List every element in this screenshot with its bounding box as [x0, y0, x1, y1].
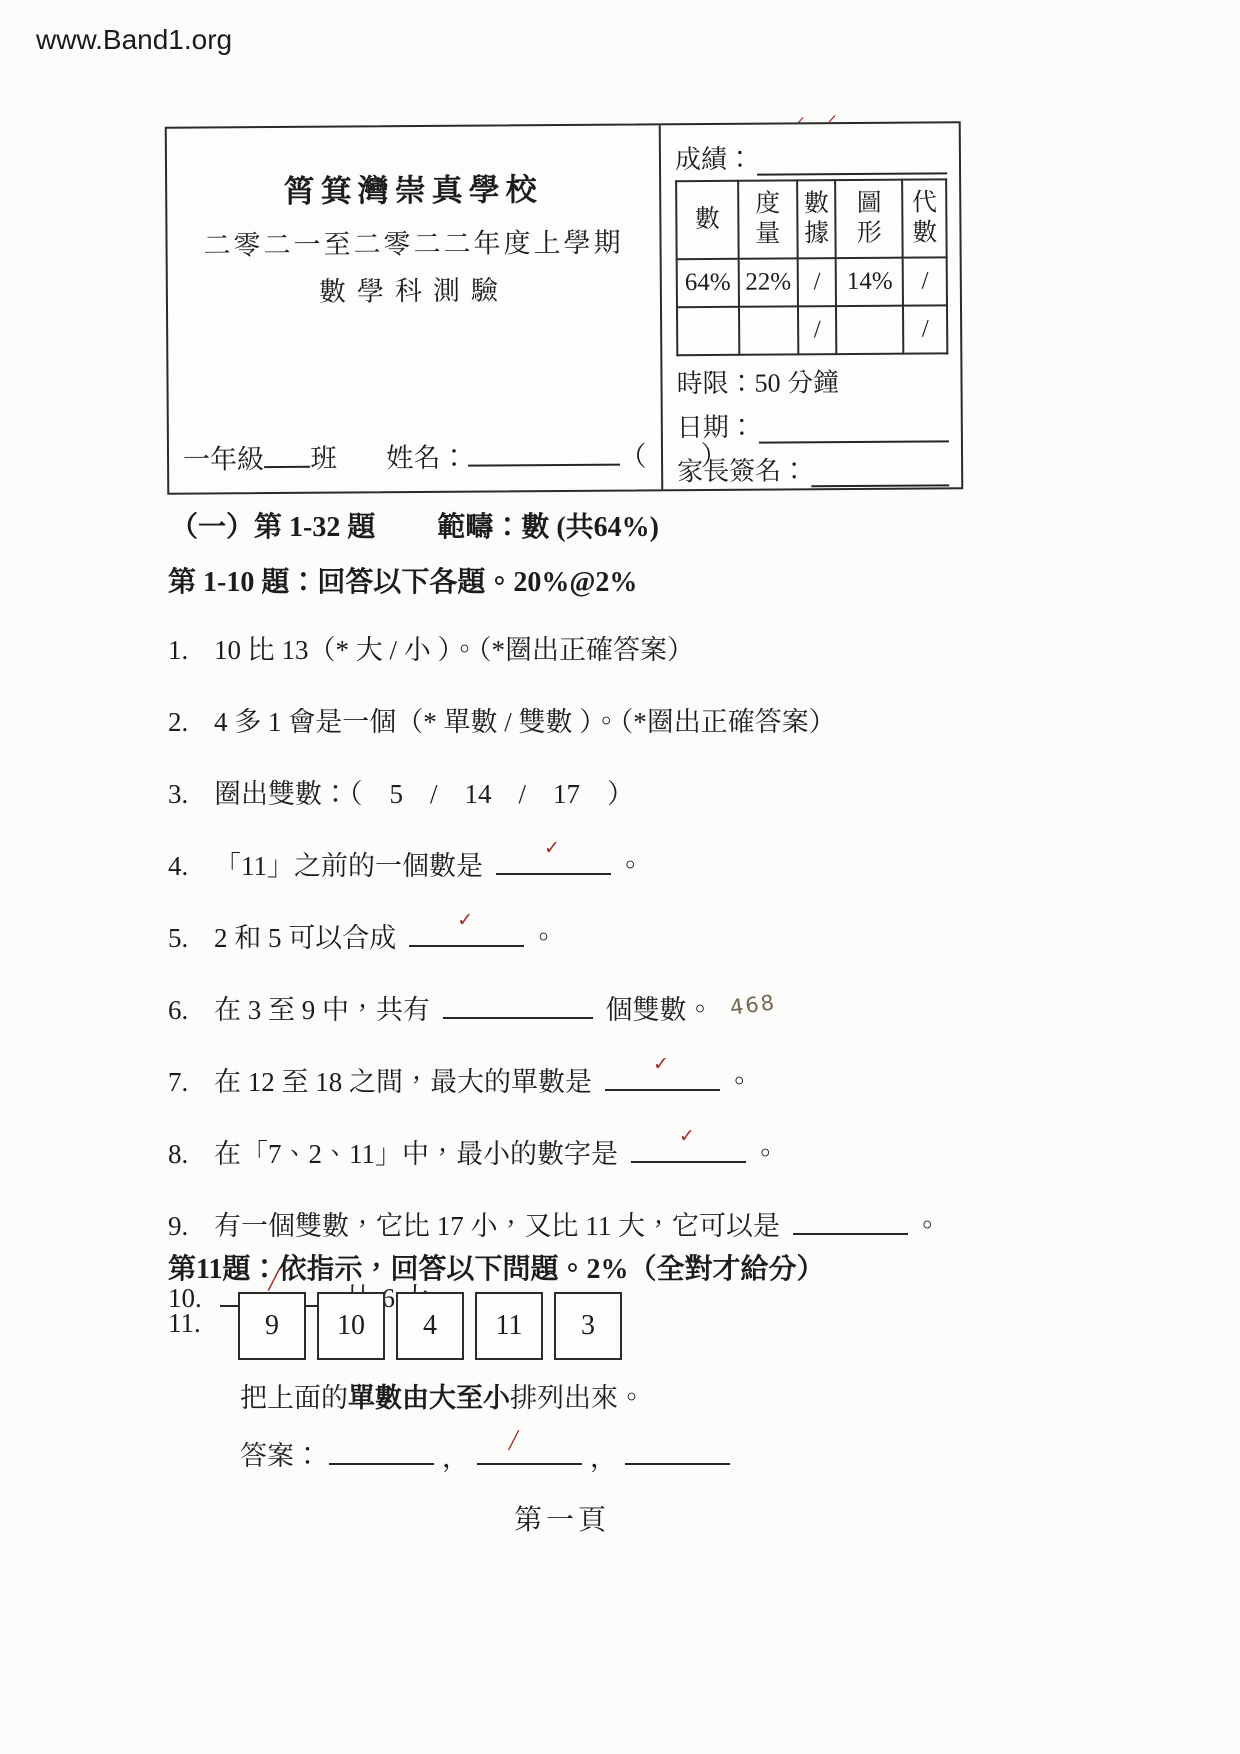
parent-sign-label: 家長簽名：: [677, 450, 807, 488]
question-number: 4.: [168, 851, 214, 882]
score-table: 數度量數據圖形代數64%22%/14%///: [675, 178, 948, 356]
score-cell: 14%: [836, 258, 903, 306]
q11-row: 11. 9104113: [168, 1292, 622, 1360]
grading-mark: ✓: [544, 837, 560, 859]
question-row: 6.在 3 至 9 中，共有 個雙數。468: [168, 988, 1008, 1027]
q11-answer-line: 答案： ， ╱ ，: [240, 1434, 738, 1473]
answer-blank: [793, 1205, 908, 1235]
score-col-header: 數: [676, 181, 738, 259]
question-text: 10 比 13（* 大 / 小 ）。（*圈出正確答案）: [214, 628, 1008, 667]
question-row: 1.10 比 13（* 大 / 小 ）。（*圈出正確答案）: [168, 628, 1008, 667]
score-cell: 64%: [677, 259, 739, 307]
question-text: 有一個雙數，它比 17 小，又比 11 大，它可以是 。: [214, 1204, 1008, 1243]
parent-sign-blank: [811, 458, 949, 487]
grade-label: 一年級: [183, 444, 264, 475]
question-number: 8.: [168, 1139, 214, 1170]
answer-blank: ✓: [496, 845, 611, 875]
question-row: 5.2 和 5 可以合成 ✓。: [168, 916, 1008, 955]
class-blank: [264, 438, 310, 468]
number-box: 3: [554, 1292, 622, 1360]
question-row: 2.4 多 1 會是一個（* 單數 / 雙數 ）。（*圈出正確答案）: [168, 700, 1008, 739]
question-text: 在 3 至 9 中，共有 個雙數。468: [214, 988, 1008, 1027]
part-scope: 範疇：數 (共64%): [437, 505, 659, 545]
scanned-test-paper: { "watermark": "www.Band1.org", "header"…: [0, 0, 1240, 1754]
score-col-header: 圖形: [835, 180, 903, 258]
grading-mark: ✓: [679, 1125, 695, 1147]
answer-blank: ✓: [631, 1133, 746, 1163]
question-number: 1.: [168, 635, 214, 666]
q11-instruction: 把上面的單數由大至小排列出來。: [240, 1376, 645, 1415]
score-label: 成績：: [675, 139, 753, 177]
score-cell: [739, 306, 799, 354]
question-number: 11.: [168, 1292, 238, 1339]
answer-blank: [625, 1435, 730, 1465]
question-row: 7.在 12 至 18 之間，最大的單數是 ✓。: [168, 1060, 1008, 1099]
score-col-header: 代數: [903, 179, 947, 257]
separator: ，: [590, 1436, 617, 1475]
q11-heading: 第11題：依指示，回答以下問題。2%（全對才給分）: [168, 1247, 824, 1287]
score-cell: /: [798, 258, 837, 306]
answer-blank: ✓: [605, 1061, 720, 1091]
question-row: 8.在「7、2、11」中，最小的數字是 ✓。: [168, 1132, 1008, 1171]
question-text: 在「7、2、11」中，最小的數字是 ✓。: [214, 1132, 1008, 1171]
time-limit: 時限：50 分鐘: [676, 361, 948, 400]
question-number: 7.: [168, 1067, 214, 1098]
score-col-header: 度量: [738, 180, 798, 258]
number-box: 4: [396, 1292, 464, 1360]
question-number: 9.: [168, 1211, 214, 1242]
question-number: 2.: [168, 707, 214, 738]
date-line: 日期：: [677, 405, 949, 444]
paren-open: （: [619, 441, 646, 471]
score-blank: [757, 146, 947, 176]
answer-blank: ╱: [477, 1435, 582, 1465]
part-title: （一）第 1-32 題: [170, 505, 375, 545]
score-cell: /: [798, 306, 837, 354]
page-number: 第一頁: [166, 1498, 958, 1538]
questions-list: 1.10 比 13（* 大 / 小 ）。（*圈出正確答案）2.4 多 1 會是一…: [168, 628, 1008, 1315]
question-number: 6.: [168, 995, 214, 1026]
score-cell: /: [903, 257, 947, 305]
answer-blank: [329, 1435, 434, 1465]
handwritten-note: 468: [728, 990, 777, 1019]
name-blank: [467, 436, 619, 467]
date-blank: [759, 414, 949, 444]
question-row: 4.「11」之前的一個數是 ✓。: [168, 844, 1008, 883]
paren-close: ）: [700, 441, 727, 471]
q11-boxes: 9104113: [238, 1292, 622, 1360]
score-cell: [836, 306, 903, 354]
question-text: 4 多 1 會是一個（* 單數 / 雙數 ）。（*圈出正確答案）: [214, 700, 1008, 739]
school-year: 二零二一至二零二二年度上學期: [167, 220, 659, 262]
part-heading: （一）第 1-32 題 範疇：數 (共64%): [170, 505, 659, 545]
score-row: //: [677, 305, 947, 355]
question-text: 在 12 至 18 之間，最大的單數是 ✓。: [214, 1060, 1008, 1099]
student-info-line: 一年級班 姓名：（）: [183, 434, 651, 476]
score-line: 成績：: [675, 137, 947, 176]
score-block: 成績： 數度量數據圖形代數64%22%/14%/// 時限：50 分鐘 日期： …: [659, 123, 962, 489]
question-number: 5.: [168, 923, 214, 954]
site-watermark: www.Band1.org: [36, 24, 232, 56]
number-box: 10: [317, 1292, 385, 1360]
question-text: 圈出雙數：（ 5 / 14 / 17 ）: [214, 772, 1008, 811]
exam-subject: 數學科測驗: [168, 267, 660, 309]
question-row: 9.有一個雙數，它比 17 小，又比 11 大，它可以是 。: [168, 1204, 1008, 1243]
grading-mark: ╱: [509, 1431, 519, 1451]
score-col-header: 數據: [797, 180, 836, 258]
answer-blank: ✓: [409, 917, 524, 947]
class-suffix: 班: [310, 444, 337, 474]
name-label: 姓名：: [386, 443, 467, 474]
date-label: 日期：: [677, 407, 755, 445]
grading-mark: ✓: [653, 1053, 669, 1075]
score-cell: [677, 307, 739, 355]
instruction-emphasis: 單數由大至小: [348, 1383, 510, 1413]
school-name: 筲箕灣崇真學校: [167, 163, 659, 211]
grading-mark: ✓: [457, 909, 473, 931]
score-cell: /: [903, 305, 947, 353]
answer-blank: [443, 989, 593, 1019]
number-box: 9: [238, 1292, 306, 1360]
question-text: 「11」之前的一個數是 ✓。: [214, 844, 1008, 883]
score-cell: 22%: [738, 258, 798, 306]
question-text: 2 和 5 可以合成 ✓。: [214, 916, 1008, 955]
sub-heading: 第 1-10 題：回答以下各題。20%@2%: [168, 560, 637, 600]
score-row: 64%22%/14%/: [677, 257, 947, 307]
question-row: 3.圈出雙數：（ 5 / 14 / 17 ）: [168, 772, 1008, 811]
exam-title-block: 筲箕灣崇真學校 二零二一至二零二二年度上學期 數學科測驗 一年級班 姓名：（）: [167, 125, 662, 492]
answer-label: 答案：: [240, 1434, 321, 1473]
separator: ，: [442, 1436, 469, 1475]
instruction-text: 排列出來。: [510, 1383, 645, 1413]
exam-header-box: 筲箕灣崇真學校 二零二一至二零二二年度上學期 數學科測驗 一年級班 姓名：（） …: [165, 121, 964, 495]
question-number: 3.: [168, 779, 214, 810]
number-box: 11: [475, 1292, 543, 1360]
instruction-text: 把上面的: [240, 1383, 348, 1413]
